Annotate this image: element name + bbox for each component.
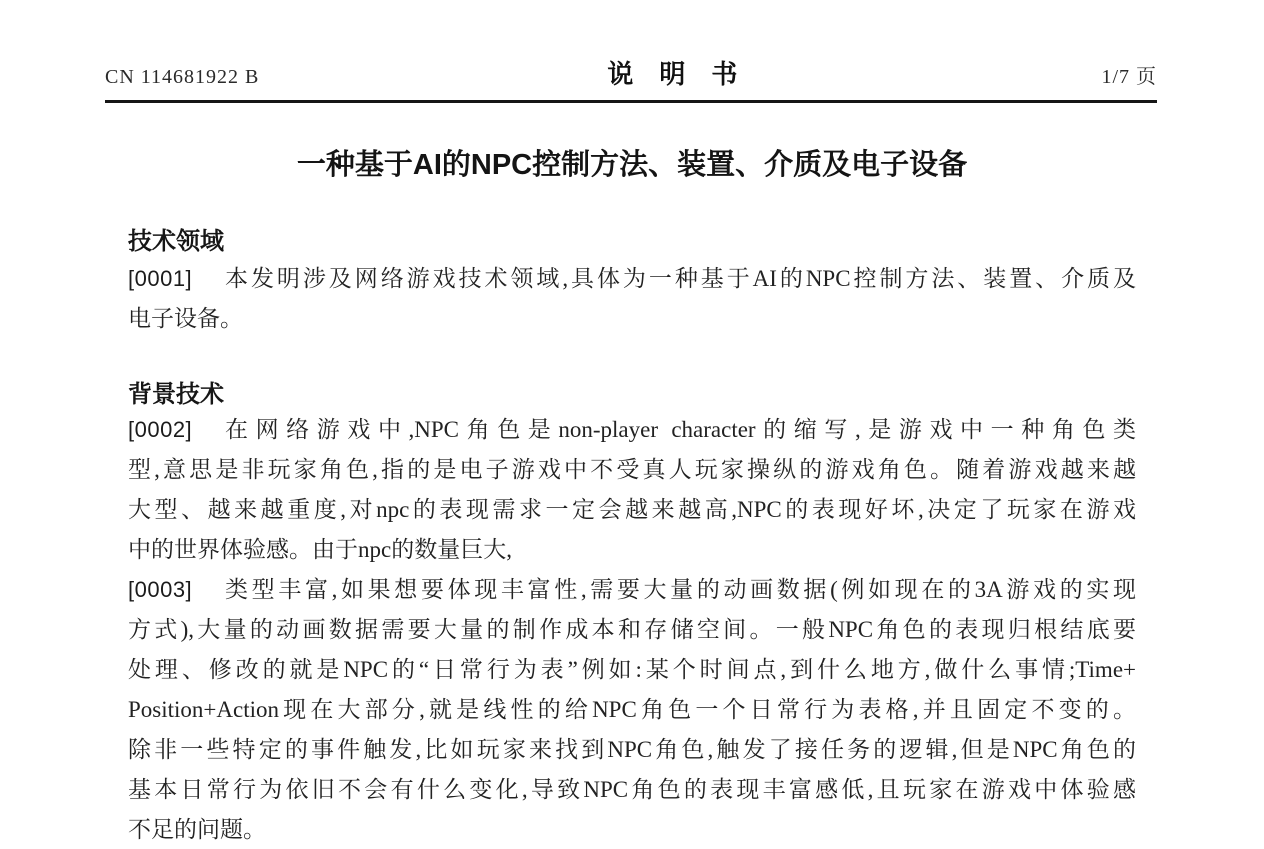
paragraph-line: 方式),大量的动画数据需要大量的制作成本和存储空间。一般NPC角色的表现归根结底… <box>128 610 1136 650</box>
paragraph-line: 除非一些特定的事件触发,比如玩家来找到NPC角色,触发了接任务的逻辑,但是NPC… <box>128 730 1136 770</box>
document-title: 一种基于AI的NPC控制方法、装置、介质及电子设备 <box>0 142 1264 183</box>
paragraph-line: 处理、修改的就是NPC的“日常行为表”例如:某个时间点,到什么地方,做什么事情;… <box>128 650 1136 690</box>
paragraph-0003: [0003] 类型丰富,如果想要体现丰富性,需要大量的动画数据(例如现在的3A游… <box>128 570 1136 849</box>
paragraph-text: 在网络游戏中,NPC角色是non-player character的缩写,是游戏… <box>225 417 1136 442</box>
section-heading-background-art: 背景技术 <box>128 374 1136 409</box>
paragraph-0002: [0002] 在网络游戏中,NPC角色是non-player character… <box>128 410 1136 570</box>
doc-type-title: 说 明 书 <box>607 54 737 91</box>
paragraph-line: 电子设备。 <box>128 299 1136 339</box>
patent-doc-number: CN 114681922 B <box>105 66 259 89</box>
paragraph-line: 型,意思是非玩家角色,指的是电子游戏中不受真人玩家操纵的游戏角色。随着游戏越来越 <box>128 450 1136 490</box>
paragraph-line: [0002] 在网络游戏中,NPC角色是non-player character… <box>128 410 1136 450</box>
paragraph-tag: [0003] <box>128 570 192 610</box>
paragraph-line: 中的世界体验感。由于npc的数量巨大, <box>128 530 1136 570</box>
page-header: CN 114681922 B 说 明 书 1/7 页 <box>105 54 1157 98</box>
paragraph-tag: [0002] <box>128 410 192 450</box>
paragraph-line: 基本日常行为依旧不会有什么变化,导致NPC角色的表现丰富感低,且玩家在游戏中体验… <box>128 770 1136 810</box>
paragraph-text: 类型丰富,如果想要体现丰富性,需要大量的动画数据(例如现在的3A游戏的实现 <box>225 577 1136 602</box>
paragraph-text: 本发明涉及网络游戏技术领域,具体为一种基于AI的NPC控制方法、装置、介质及 <box>225 266 1136 291</box>
page-indicator: 1/7 页 <box>1101 60 1157 89</box>
header-rule <box>105 100 1157 103</box>
paragraph-0001: [0001] 本发明涉及网络游戏技术领域,具体为一种基于AI的NPC控制方法、装… <box>128 259 1136 339</box>
paragraph-line: Position+Action现在大部分,就是线性的给NPC角色一个日常行为表格… <box>128 690 1136 730</box>
paragraph-line: 大型、越来越重度,对npc的表现需求一定会越来越高,NPC的表现好坏,决定了玩家… <box>128 490 1136 530</box>
section-heading-technical-field: 技术领域 <box>128 221 1136 256</box>
paragraph-line: [0001] 本发明涉及网络游戏技术领域,具体为一种基于AI的NPC控制方法、装… <box>128 259 1136 299</box>
paragraph-line: [0003] 类型丰富,如果想要体现丰富性,需要大量的动画数据(例如现在的3A游… <box>128 570 1136 610</box>
paragraph-tag: [0001] <box>128 259 192 299</box>
paragraph-line: 不足的问题。 <box>128 810 1136 849</box>
